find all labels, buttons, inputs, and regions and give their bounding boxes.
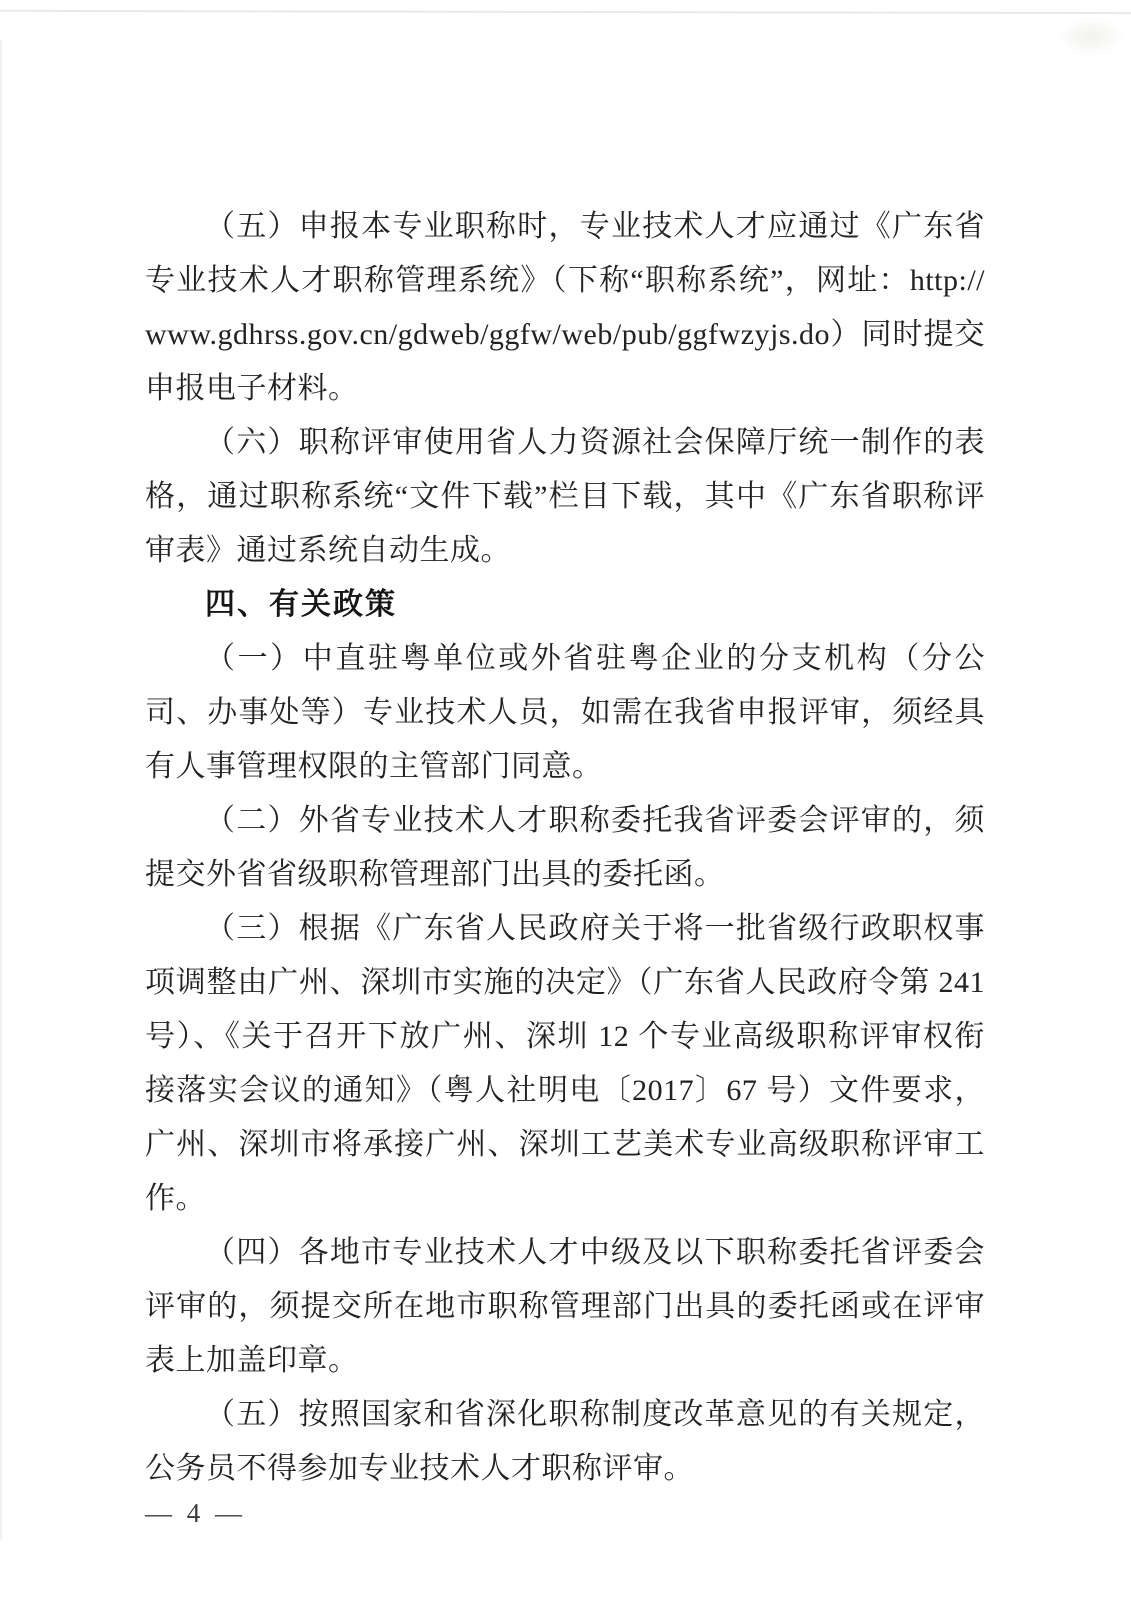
paragraph-item-4-city-level-entrust: （四）各地市专业技术人才中级及以下职称委托省评委会评审的，须提交所在地市职称管理… [145,1226,985,1388]
paragraph-item-5-civil-servants: （五）按照国家和省深化职称制度改革意见的有关规定，公务员不得参加专业技术人才职称… [145,1388,985,1496]
document-body: （五）申报本专业职称时，专业技术人才应通过《广东省专业技术人才职称管理系统》（下… [145,200,985,1496]
scan-edge-artifact-top [0,10,1131,14]
paragraph-item-3-guangzhou-shenzhen-devolution: （三）根据《广东省人民政府关于将一批省级行政职权事项调整由广州、深圳市实施的决定… [145,902,985,1226]
scanned-document-page: （五）申报本专业职称时，专业技术人才应通过《广东省专业技术人才职称管理系统》（下… [0,0,1131,1600]
scan-corner-smudge [1051,14,1131,60]
section-heading-related-policies: 四、有关政策 [145,578,985,632]
paragraph-item-5-application-system: （五）申报本专业职称时，专业技术人才应通过《广东省专业技术人才职称管理系统》（下… [145,200,985,416]
paragraph-item-1-central-units: （一）中直驻粤单位或外省驻粤企业的分支机构（分公司、办事处等）专业技术人员，如需… [145,632,985,794]
paragraph-item-2-other-province-entrust: （二）外省专业技术人才职称委托我省评委会评审的，须提交外省省级职称管理部门出具的… [145,794,985,902]
page-number: — 4 — [145,1496,246,1530]
paragraph-item-6-forms-download: （六）职称评审使用省人力资源社会保障厅统一制作的表格，通过职称系统“文件下载”栏… [145,416,985,578]
scan-edge-artifact-left [0,40,2,1540]
